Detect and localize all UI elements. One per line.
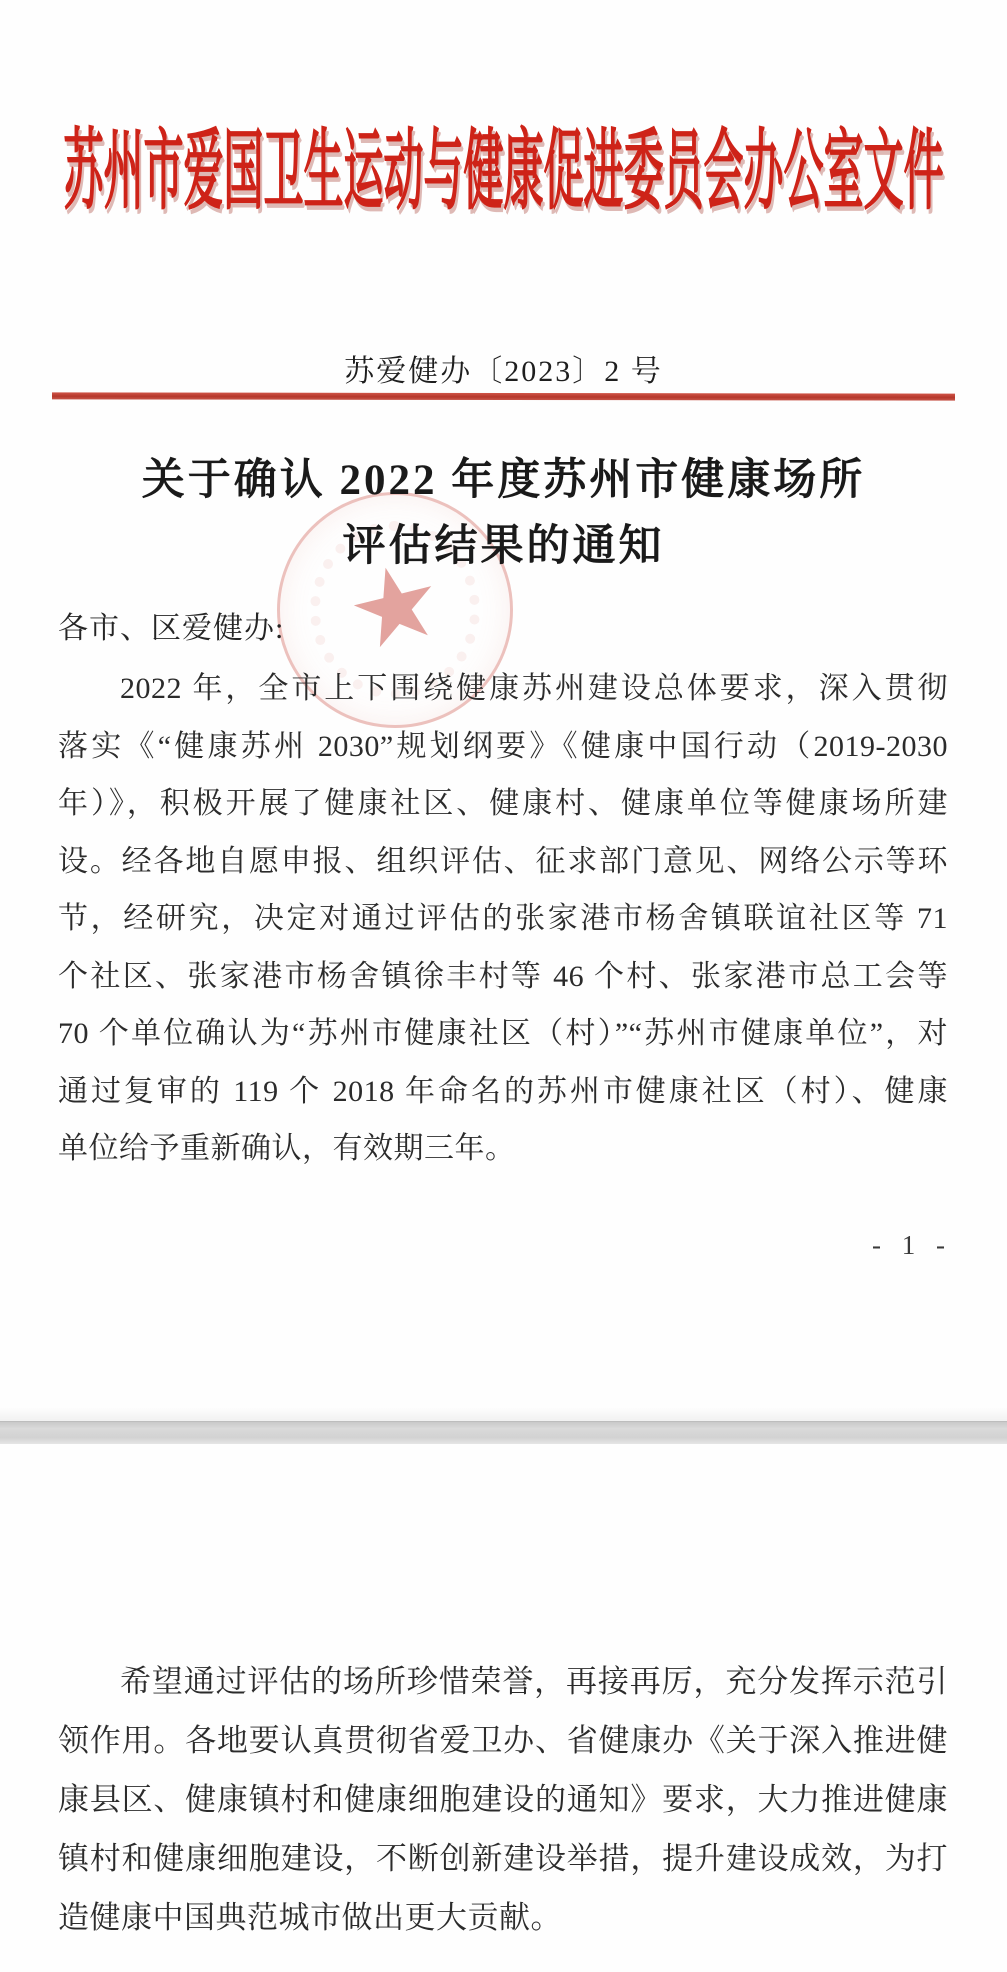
red-divider-line [52,392,955,400]
paragraph-line: 设。经各地自愿申报、组织评估、征求部门意见、网络公示等环 [58,833,948,891]
paragraph-line: 造健康中国典范城市做出更大贡献。 [58,1888,948,1947]
scanned-page-2: 希望通过评估的场所珍惜荣誉，再接再厉，充分发挥示范引 领作用。各地要认真贯彻省爱… [0,1444,1007,1972]
letterhead-banner: 苏州市爱国卫生运动与健康促进委员会办公室文件 [0,102,1007,227]
paragraph-line: 康县区、健康镇村和健康细胞建设的通知》要求，大力推进健康 [58,1770,948,1829]
paragraph-line: 落实《“健康苏州 2030”规划纲要》《健康中国行动（2019-2030 [58,718,948,776]
paragraph-line: 通过复审的 119 个 2018 年命名的苏州市健康社区（村）、健康 [58,1063,948,1121]
paragraph-line: 镇村和健康细胞建设，不断创新建设举措，提升建设成效，为打 [58,1829,948,1888]
page-number: - 1 - [872,1230,952,1261]
paragraph-line: 年）》，积极开展了健康社区、健康村、健康单位等健康场所建 [58,775,948,833]
salutation: 各市、区爱健办: [58,603,284,647]
paragraph-line: 希望通过评估的场所珍惜荣誉，再接再厉，充分发挥示范引 [58,1652,948,1711]
title-line-2: 评估结果的通知 [0,514,1007,580]
paragraph-line: 个社区、张家港市杨舍镇徐丰村等 46 个村、张家港市总工会等 [58,948,948,1006]
document-title: 关于确认 2022 年度苏州市健康场所 评估结果的通知 [0,448,1007,580]
document-number: 苏爱健办〔2023〕2 号 [0,346,1007,390]
paragraph-line: 节，经研究，决定对通过评估的张家港市杨舍镇联谊社区等 71 [58,890,948,948]
body-paragraph-2: 希望通过评估的场所珍惜荣誉，再接再厉，充分发挥示范引 领作用。各地要认真贯彻省爱… [58,1652,948,1947]
title-line-1: 关于确认 2022 年度苏州市健康场所 [0,448,1007,514]
page-edge-shadow [0,1407,1007,1421]
page-separator-band [0,1421,1007,1444]
paragraph-line: 领作用。各地要认真贯彻省爱卫办、省健康办《关于深入推进健 [58,1711,948,1770]
paragraph-line: 2022 年，全市上下围绕健康苏州建设总体要求，深入贯彻 [58,660,948,718]
body-paragraph-1: 2022 年，全市上下围绕健康苏州建设总体要求，深入贯彻 落实《“健康苏州 20… [58,660,948,1178]
scanned-page-1: ★ 苏州市爱国卫生运动与健康促进委员会办公室文件 苏爱健办〔2023〕2 号 关… [0,0,1007,1421]
paragraph-line: 单位给予重新确认，有效期三年。 [58,1120,948,1178]
paragraph-line: 70 个单位确认为“苏州市健康社区（村）”“苏州市健康单位”，对 [58,1005,948,1063]
